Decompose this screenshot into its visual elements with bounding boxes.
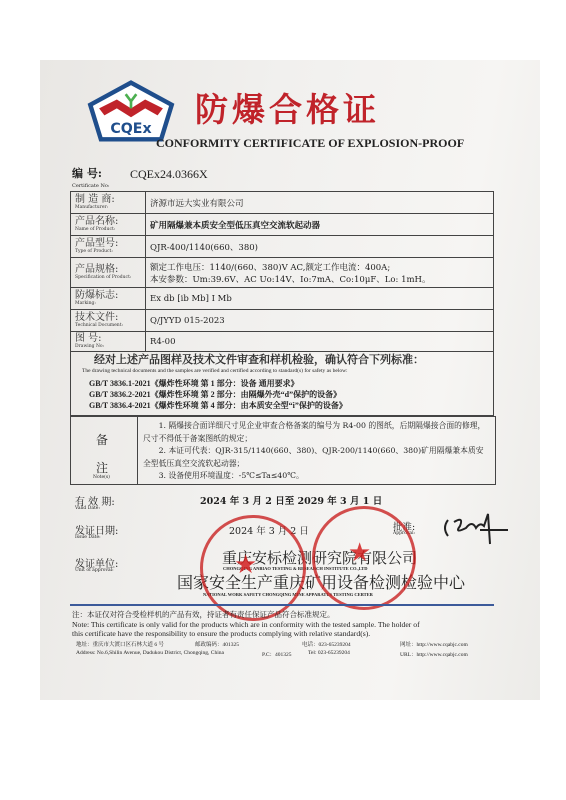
standards-intro-cn: 经对上述产品图样及技术文件审查和样机检验，确认符合下列标准： <box>94 351 424 367</box>
table-row: 防爆标志:Marking: Ex db [ib Mb] I Mb <box>71 288 494 310</box>
valid-date-label-en: Valid Date: <box>75 506 100 511</box>
postcode-cn: 邮政编码：401325 <box>195 640 239 648</box>
telephone-en: Tel: 023-65239204 <box>308 650 350 656</box>
footer-note-cn: 注：本证仅对符合受检样机的产品有效，持证者有责任保证产品符合标准规定。 <box>72 609 335 620</box>
address-cn: 地址：重庆市大渡口区石林大道 6 号 <box>76 640 164 648</box>
cqex-logo-icon: CQEx <box>86 80 176 142</box>
footer-divider <box>70 604 494 606</box>
website-cn[interactable]: 网址：http://www.cqabjc.com <box>400 640 468 648</box>
notes-body: 1. 隔爆接合面详细尺寸见企业审查合格备案的编号为 R4-00 的图纸，后期隔爆… <box>143 420 489 483</box>
notes-box: 备 注 Note(s) 1. 隔爆接合面详细尺寸见企业审查合格备案的编号为 R4… <box>70 416 496 485</box>
stamp-star-icon: ★ <box>234 552 257 578</box>
title-english: CONFORMITY CERTIFICATE OF EXPLOSION-PROO… <box>156 136 464 151</box>
issue-date-label-en: Issue Date: <box>75 535 101 540</box>
certificate-number-label-en: Certificate No: <box>72 183 110 189</box>
product-name-value: 矿用隔爆兼本质安全型低压真空交流软起动器 <box>146 214 494 236</box>
issuer-label-en: Unit of approval: <box>75 568 114 573</box>
note-item: 1. 隔爆接合面详细尺寸见企业审查合格备案的编号为 R4-00 的图纸，后期隔爆… <box>143 420 489 445</box>
table-row: 产品名称:Name of Product: 矿用隔爆兼本质安全型低压真空交流软起… <box>71 214 494 236</box>
product-info-table: 制 造 商:Manufacturer: 济源市远大实业有限公司 产品名称:Nam… <box>70 191 494 352</box>
table-row: 产品规格:Specification of Product: 额定工作电压：11… <box>71 258 494 288</box>
standard-item: GB/T 3836.4-2021《爆炸性环境 第 4 部分：由本质安全型“i”保… <box>89 400 347 411</box>
table-row: 制 造 商:Manufacturer: 济源市远大实业有限公司 <box>71 192 494 214</box>
certificate-number: CQEx24.0366X <box>130 167 208 182</box>
certificate-number-label: 编 号: <box>72 165 102 181</box>
standard-item: GB/T 3836.2-2021《爆炸性环境 第 2 部分：由隔爆外壳“d”保护… <box>89 389 341 400</box>
note-item: 3. 设备使用环境温度：-5℃≤Ta≤40℃。 <box>143 470 489 483</box>
signature-icon <box>440 510 510 550</box>
address-en: Address: No.6,Shilin Avenue, Dadukou Dis… <box>76 650 224 656</box>
standard-item: GB/T 3836.1-2021《爆炸性环境 第 1 部分：设备 通用要求》 <box>89 378 299 389</box>
footer-note-en-2: this certificate have the responsibility… <box>72 629 496 638</box>
standards-intro-en: The drawing technical documents and the … <box>82 368 348 374</box>
website-en[interactable]: URL：http://www.cqabjc.com <box>400 650 468 658</box>
valid-date-value: 2024 年 3 月 2 日至 2029 年 3 月 1 日 <box>200 493 382 507</box>
footer-note-en-1: Note: This certificate is only valid for… <box>72 620 496 629</box>
stamp-star-icon: ★ <box>348 540 371 566</box>
note-item: 2. 本证可代表：QJR-315/1140(660、380)、QJR-200/1… <box>143 445 489 470</box>
manufacturer-value: 济源市远大实业有限公司 <box>146 192 494 214</box>
technical-document-value: Q/JYYD 015-2023 <box>146 310 494 332</box>
telephone-cn: 电话：023-65239204 <box>302 640 351 648</box>
table-row: 技术文件:Technical Document: Q/JYYD 015-2023 <box>71 310 494 332</box>
svg-text:CQEx: CQEx <box>110 121 151 137</box>
specification-value: 额定工作电压：1140/(660、380)V AC,额定工作电流：400A;本安… <box>146 258 494 288</box>
title-chinese: 防爆合格证 <box>195 84 380 131</box>
postcode-en: P.C：401325 <box>262 650 292 658</box>
product-type-value: QJR-400/1140(660、380) <box>146 236 494 258</box>
marking-value: Ex db [ib Mb] I Mb <box>146 288 494 310</box>
table-row: 产品型号:Type of Product: QJR-400/1140(660、3… <box>71 236 494 258</box>
notes-label-cell: 备 注 Note(s) <box>71 417 138 484</box>
